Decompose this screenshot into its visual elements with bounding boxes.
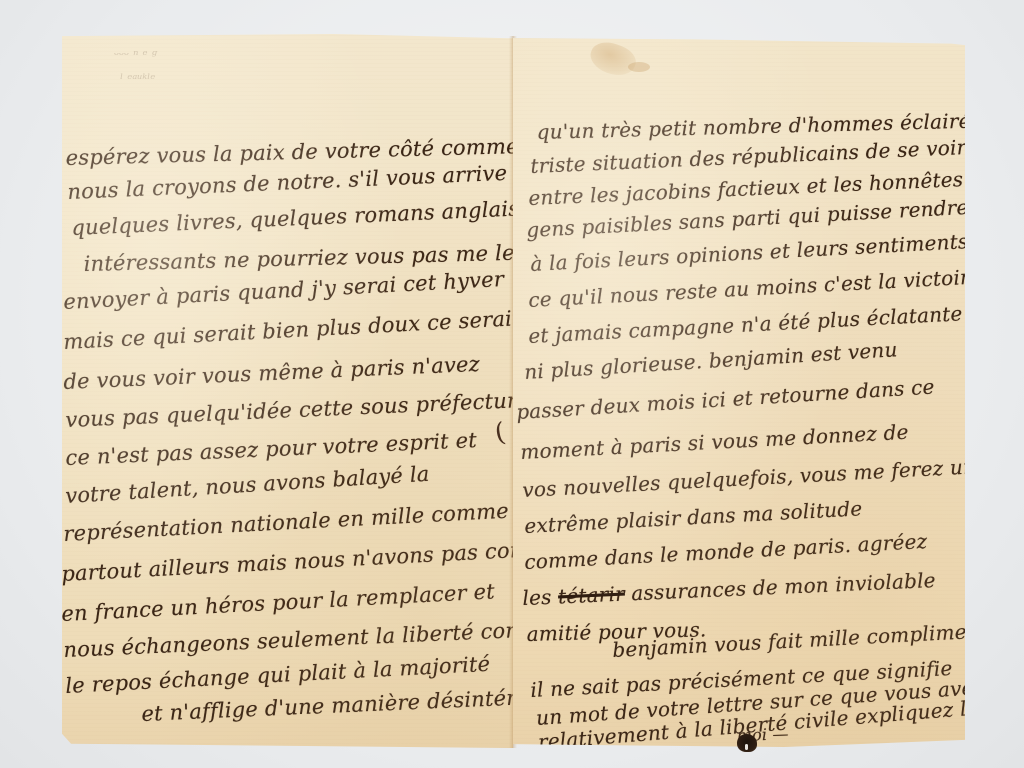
ink-blot — [737, 734, 757, 752]
left-page: ᵕᵕᵕ ⁿ ᵉ ᵍ ˡ ᵉᵃᵘᵏˡᵉ espérez vous la paix … — [62, 34, 513, 748]
letter-line: en france un héros pour la remplacer et — [62, 579, 495, 626]
struck-out-word: tétarir — [558, 582, 626, 609]
letter-line: passer deux mois ici et retourne dans ce — [516, 374, 936, 424]
pencil-note: ˡ ᵉᵃᵘᵏˡᵉ — [120, 72, 155, 87]
letter-line: vous pas quelqu'idée cette sous préfectu… — [65, 388, 513, 432]
letter-word: assurances de mon inviolable — [631, 568, 936, 605]
letter-line: comme dans le monde de paris. agréez — [524, 529, 928, 574]
letter-line: extrême plaisir dans ma solitude — [524, 496, 863, 538]
paper-stain — [628, 62, 650, 72]
letter-line: moment à paris si vous me donnez de — [520, 420, 909, 464]
letter-line: mais ce qui serait bien plus doux ce ser… — [63, 306, 513, 354]
pencil-note: ᵕᵕᵕ ⁿ ᵉ ᵍ — [114, 48, 157, 63]
letter-line: de vous voir vous même à paris n'avez — [63, 352, 480, 394]
letter-word: les — [522, 585, 552, 610]
photo-stage: ᵕᵕᵕ ⁿ ᵉ ᵍ ˡ ᵉᵃᵘᵏˡᵉ espérez vous la paix … — [0, 0, 1024, 768]
right-page: qu'un très petit nombre d'hommes éclairé… — [513, 38, 965, 747]
letter-line: partout ailleurs mais nous n'avons pas c… — [62, 536, 513, 586]
letter-line: les tétarir assurances de mon inviolable — [522, 568, 936, 610]
letter-line: vos nouvelles quelquefois, vous me ferez… — [522, 454, 965, 502]
letter-line: quelques livres, quelques romans anglais — [71, 196, 513, 240]
letter-line: représentation nationale en mille comme — [63, 499, 510, 546]
letter-line: votre talent, nous avons balayé la — [65, 462, 431, 508]
